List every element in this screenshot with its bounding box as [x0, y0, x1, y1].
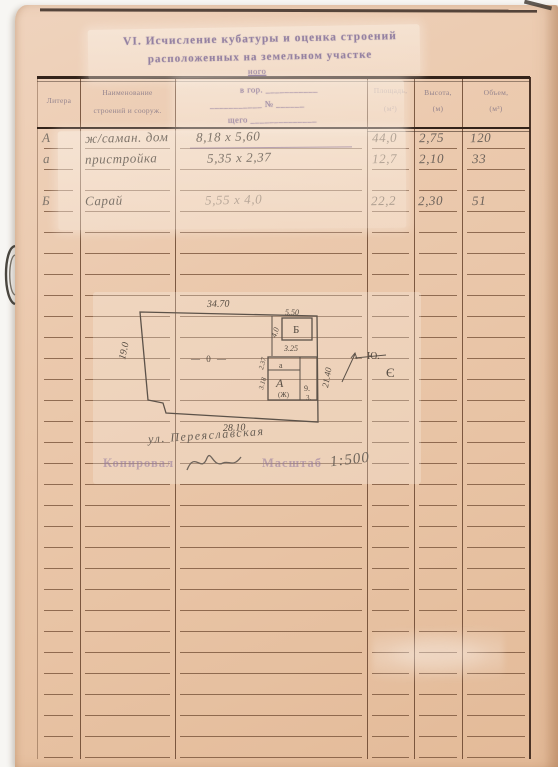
table-cell [462, 212, 530, 233]
dim-house-2: 3.18 [257, 376, 268, 391]
dim-gap: 3.25 [283, 344, 298, 353]
table-cell [80, 254, 175, 275]
table-cell [37, 653, 80, 674]
row3-dims: 5,55 х 4,0 [205, 191, 263, 208]
row1-height: 2,75 [419, 130, 445, 147]
row1-litera: А [42, 130, 51, 146]
dim-left: 19.0 [117, 341, 131, 360]
table-cell [37, 737, 80, 758]
dim-top: 34.70 [206, 299, 230, 310]
table-cell [37, 275, 80, 296]
plan-label-3: 3. [306, 394, 312, 402]
table-cell [175, 674, 367, 695]
table-cell [414, 443, 462, 464]
scanned-document: Литера Наименование строений и сооруж. П… [0, 0, 558, 767]
table-cell [462, 443, 530, 464]
table-cell [462, 527, 530, 548]
table-cell [175, 632, 367, 653]
table-cell [414, 212, 462, 233]
table-row [37, 590, 530, 611]
table-cell [37, 401, 80, 422]
plan-label-9: 9. [304, 384, 310, 393]
row3-name: Сарай [85, 193, 123, 210]
table-cell [367, 254, 414, 275]
table-cell [414, 506, 462, 527]
table-cell [462, 233, 530, 254]
table-cell [80, 569, 175, 590]
yard-mark: — 0 — [190, 354, 228, 364]
table-cell [414, 569, 462, 590]
header-fragment-1: в гор. ___________ [240, 83, 318, 94]
table-cell [37, 296, 80, 317]
copied-stamp: Копировал [103, 456, 174, 471]
table-cell [462, 296, 530, 317]
header-volume-2: (м³) [463, 104, 529, 113]
table-cell [80, 632, 175, 653]
title-fragment: ного [248, 66, 266, 76]
table-cell [37, 716, 80, 737]
table-cell [37, 632, 80, 653]
table-cell [462, 317, 530, 338]
table-cell [37, 527, 80, 548]
table-cell [414, 233, 462, 254]
table-cell [414, 338, 462, 359]
table-row [37, 233, 530, 254]
table-cell [462, 464, 530, 485]
dim-house-1: 2.37 [257, 356, 268, 370]
table-cell [37, 695, 80, 716]
table-cell [462, 359, 530, 380]
table-cell [37, 674, 80, 695]
house-zh-mark: (Ж) [278, 391, 290, 399]
dim-right: 21.40 [320, 366, 333, 388]
row3-height: 2,30 [418, 193, 444, 210]
table-row [37, 695, 530, 716]
north-arrow [342, 354, 355, 382]
shed-letter: Б [293, 324, 299, 336]
row1-volume: 120 [470, 130, 492, 146]
table-cell [414, 737, 462, 758]
table-cell [175, 695, 367, 716]
table-cell [414, 296, 462, 317]
south-mark: Ю. [367, 351, 380, 362]
table-cell [367, 527, 414, 548]
table-row [37, 569, 530, 590]
table-cell [37, 317, 80, 338]
table-cell [175, 233, 367, 254]
row2-volume: 33 [472, 151, 487, 167]
table-cell [175, 254, 367, 275]
table-cell [462, 170, 530, 191]
table-cell [175, 611, 367, 632]
table-cell [37, 506, 80, 527]
table-cell [414, 695, 462, 716]
table-cell [37, 590, 80, 611]
hook-mark: Є [386, 365, 395, 380]
row2-area: 12,7 [372, 151, 398, 168]
table-cell [462, 275, 530, 296]
dim-shed-width: 5.50 [285, 308, 299, 317]
table-cell [80, 548, 175, 569]
table-cell [462, 254, 530, 275]
table-cell [414, 254, 462, 275]
table-cell [80, 611, 175, 632]
table-cell [37, 611, 80, 632]
table-cell [80, 590, 175, 611]
table-cell [37, 443, 80, 464]
row3-litera: Б [42, 193, 51, 209]
table-cell [414, 170, 462, 191]
table-cell [175, 527, 367, 548]
table-row [37, 254, 530, 275]
row3-area: 22,2 [371, 193, 397, 210]
table-cell [37, 485, 80, 506]
row2-litera: а [43, 151, 50, 167]
table-cell [414, 464, 462, 485]
table-cell [37, 464, 80, 485]
table-cell [414, 422, 462, 443]
table-cell [37, 569, 80, 590]
table-cell [37, 380, 80, 401]
table-cell [175, 506, 367, 527]
table-cell [80, 233, 175, 254]
table-cell [175, 716, 367, 737]
table-cell [462, 506, 530, 527]
table-cell [367, 233, 414, 254]
header-litera: Литера [38, 96, 80, 105]
table-cell [414, 485, 462, 506]
dim-shed-depth: 4.0 [269, 326, 281, 338]
table-row [37, 737, 530, 758]
table-cell [462, 485, 530, 506]
table-cell [462, 401, 530, 422]
signature [183, 446, 245, 478]
table-cell [175, 569, 367, 590]
table-cell [37, 254, 80, 275]
table-row [37, 716, 530, 737]
table-cell [414, 359, 462, 380]
header-height-2: (м) [415, 104, 461, 113]
table-cell [367, 506, 414, 527]
table-cell [367, 737, 414, 758]
table-cell [414, 548, 462, 569]
table-cell [462, 338, 530, 359]
header-name-1: Наименование [81, 88, 174, 97]
annex-letter: а [279, 361, 283, 370]
header-volume-1: Объем, [463, 88, 529, 97]
table-cell [414, 317, 462, 338]
scale-stamp: Масштаб [262, 456, 322, 471]
table-cell [414, 401, 462, 422]
row2-height: 2,10 [419, 151, 445, 168]
row1-area: 44,0 [372, 130, 398, 147]
table-cell [80, 653, 175, 674]
table-cell [80, 674, 175, 695]
table-cell [367, 695, 414, 716]
table-cell [37, 359, 80, 380]
paper-clip [0, 242, 18, 308]
parcel-outline [140, 312, 318, 422]
table-cell [367, 590, 414, 611]
header-fragment-2: ___________ № ______ [210, 98, 305, 110]
table-cell [462, 569, 530, 590]
table-cell [37, 233, 80, 254]
table-cell [80, 527, 175, 548]
header-name-2: строений и сооруж. [81, 106, 174, 115]
table-cell [175, 548, 367, 569]
table-cell [175, 653, 367, 674]
table-cell [37, 338, 80, 359]
row1-dims: 8,18 х 5,60 [196, 128, 261, 145]
table-cell [80, 506, 175, 527]
table-cell [80, 737, 175, 758]
table-cell [462, 716, 530, 737]
table-cell [80, 716, 175, 737]
row1-name: ж/саман. дом [85, 129, 169, 147]
row3-volume: 51 [472, 193, 487, 209]
table-cell [462, 737, 530, 758]
table-cell [367, 716, 414, 737]
table-cell [37, 548, 80, 569]
table-cell [462, 380, 530, 401]
table-cell [462, 695, 530, 716]
table-cell [462, 590, 530, 611]
header-height-1: Высота, [415, 88, 461, 97]
table-row [37, 548, 530, 569]
table-cell [367, 548, 414, 569]
table-cell [414, 590, 462, 611]
watermark [372, 622, 504, 688]
table-cell [175, 737, 367, 758]
table-cell [462, 548, 530, 569]
table-cell [80, 695, 175, 716]
table-cell [175, 590, 367, 611]
table-cell [37, 422, 80, 443]
table-row [37, 506, 530, 527]
table-cell [462, 422, 530, 443]
table-cell [414, 716, 462, 737]
row2-name: пристройка [85, 150, 158, 168]
house-letter: А [275, 376, 284, 390]
table-cell [367, 569, 414, 590]
table-cell [414, 380, 462, 401]
table-cell [414, 527, 462, 548]
table-cell [414, 275, 462, 296]
header-fragment-3: щего ______________ [228, 113, 317, 125]
table-row [37, 527, 530, 548]
row2-dims: 5,35 х 2,37 [207, 149, 272, 166]
